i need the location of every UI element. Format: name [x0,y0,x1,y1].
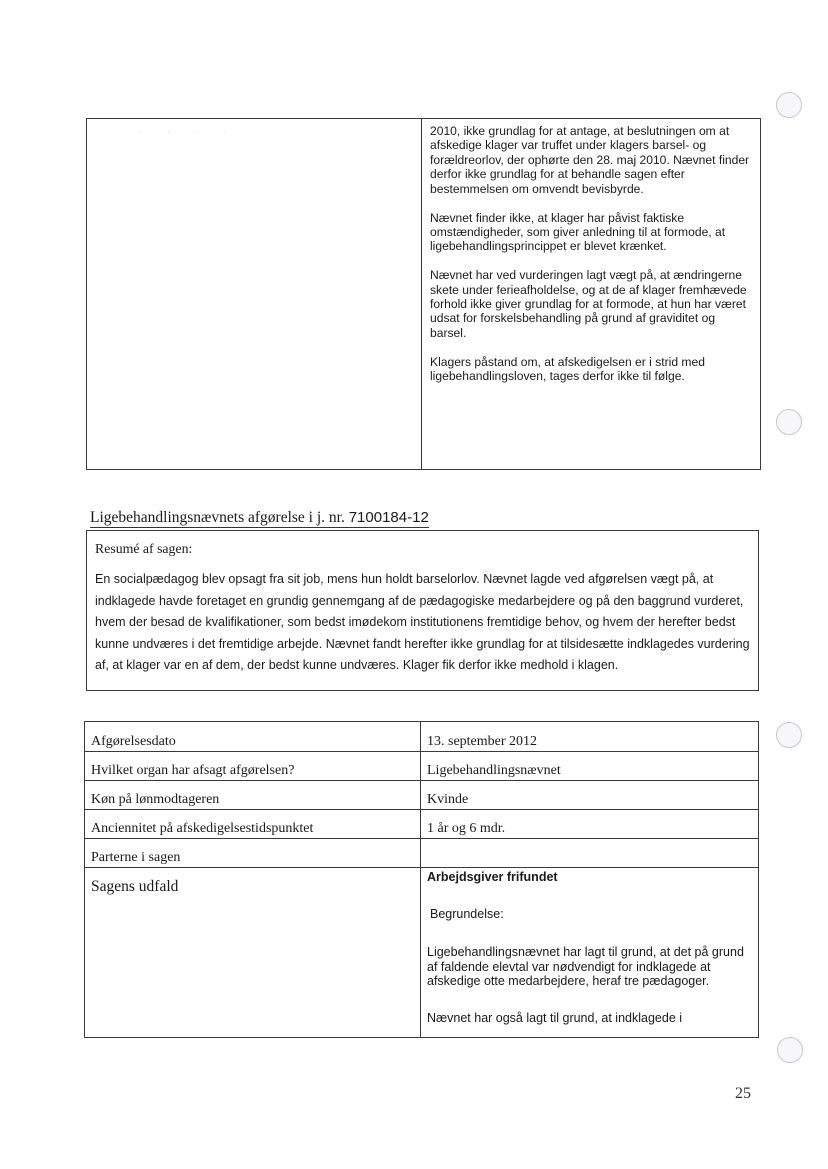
reasoning-label: Begrundelse: [430,907,752,921]
punch-hole-icon [776,409,802,435]
table-row: Afgørelsesdato 13. september 2012 [85,722,759,752]
page-number: 25 [735,1085,751,1103]
paragraph-orlov: 2010, ikke grundlag for at antage, at be… [430,124,754,196]
outcome-result: Arbejdsgiver frifundet [427,870,752,884]
summary-label: Resumé af sagen: [95,541,192,557]
row-label-afgoerelsesdato: Afgørelsesdato [85,722,421,752]
row-label-anciennitet: Anciennitet på afskedigelsestidspunktet [85,810,421,839]
row-value-anciennitet: 1 år og 6 mdr. [421,810,759,839]
table-row-outcome: Sagens udfald Arbejdsgiver frifundet Beg… [85,868,759,1038]
paragraph-vurdering: Nævnet har ved vurderingen lagt vægt på,… [430,268,754,340]
row-label-udfald: Sagens udfald [85,868,421,1038]
summary-text: En socialpædagog blev opsagt fra sit job… [95,569,754,677]
reasoning-paragraph-1: Ligebehandlingsnævnet har lagt til grund… [427,945,752,989]
table-row: Parterne i sagen [85,839,759,868]
row-label-parterne: Parterne i sagen [85,839,421,868]
row-value-afgoerelsesdato: 13. september 2012 [421,722,759,752]
table-row: Anciennitet på afskedigelsestidspunktet … [85,810,759,839]
punch-hole-icon [776,92,802,118]
faint-scan-marks: ···· [139,129,252,136]
continuation-left-cell: ···· [87,119,422,469]
punch-hole-icon [777,1037,803,1063]
continuation-table: ···· 2010, ikke grundlag for at antage, … [86,118,761,470]
summary-box: Resumé af sagen: En socialpædagog blev o… [86,530,759,691]
row-value-parterne [421,839,759,868]
continuation-right-cell: 2010, ikke grundlag for at antage, at be… [423,119,760,469]
case-facts-table: Afgørelsesdato 13. september 2012 Hvilke… [84,721,759,1038]
reasoning-paragraph-2: Nævnet har også lagt til grund, at indkl… [427,1011,752,1026]
row-value-koen: Kvinde [421,781,759,810]
table-row: Hvilket organ har afsagt afgørelsen? Lig… [85,752,759,781]
paragraph-konklusion: Klagers påstand om, at afskedigelsen er … [430,355,754,384]
row-label-koen: Køn på lønmodtageren [85,781,421,810]
row-value-organ: Ligebehandlingsnævnet [421,752,759,781]
table-row: Køn på lønmodtageren Kvinde [85,781,759,810]
section-heading-prefix: Ligebehandlingsnævnets afgørelse i j. nr… [90,509,349,526]
case-number: 7100184-12 [349,509,429,526]
row-label-organ: Hvilket organ har afsagt afgørelsen? [85,752,421,781]
row-value-udfald: Arbejdsgiver frifundet Begrundelse: Lige… [421,868,759,1038]
punch-hole-icon [776,722,802,748]
section-heading: Ligebehandlingsnævnets afgørelse i j. nr… [90,509,429,528]
paragraph-faktiske-omstaendigheder: Nævnet finder ikke, at klager har påvist… [430,211,754,254]
